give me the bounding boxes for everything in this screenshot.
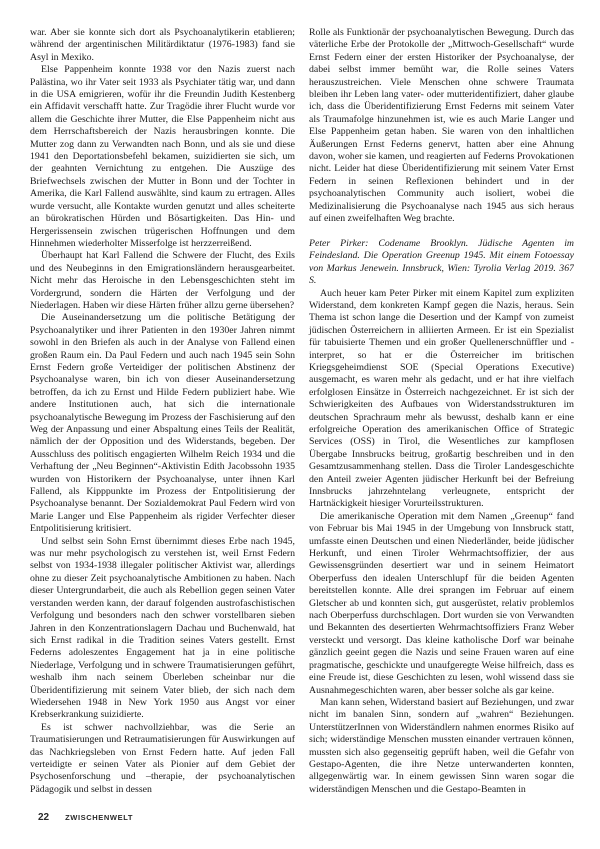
left-column: war. Aber sie konnte sich dort als Psych… [30,27,295,797]
magazine-title: ZWISCHENWELT [65,813,133,822]
page-footer: 22 ZWISCHENWELT [38,812,133,823]
book-citation: Peter Pirker: Codename Brooklyn. Jüdisch… [309,238,574,288]
body-paragraph: Man kann sehen, Widerstand basiert auf B… [309,697,574,796]
body-paragraph-continuation: war. Aber sie konnte sich dort als Psych… [30,27,295,64]
body-paragraph: Auch heuer kam Peter Pirker mit einem Ka… [309,288,574,511]
body-paragraph: Die Auseinandersetzung um die politische… [30,312,295,535]
body-paragraph: Die amerikanische Operation mit dem Name… [309,511,574,697]
body-paragraph: Und selbst sein Sohn Ernst übernimmt die… [30,536,295,722]
body-paragraph-continuation: Rolle als Funktionär der psychoanalytisc… [309,27,574,226]
text-columns: war. Aber sie konnte sich dort als Psych… [30,27,574,797]
page-number: 22 [38,812,49,823]
body-paragraph: Es ist schwer nachvollziehbar, was die S… [30,722,295,796]
body-paragraph: Else Pappenheim konnte 1938 vor den Nazi… [30,64,295,250]
magazine-page: war. Aber sie konnte sich dort als Psych… [0,0,600,849]
right-column: Rolle als Funktionär der psychoanalytisc… [309,27,574,797]
body-paragraph: Überhaupt hat Karl Fallend die Schwere d… [30,250,295,312]
